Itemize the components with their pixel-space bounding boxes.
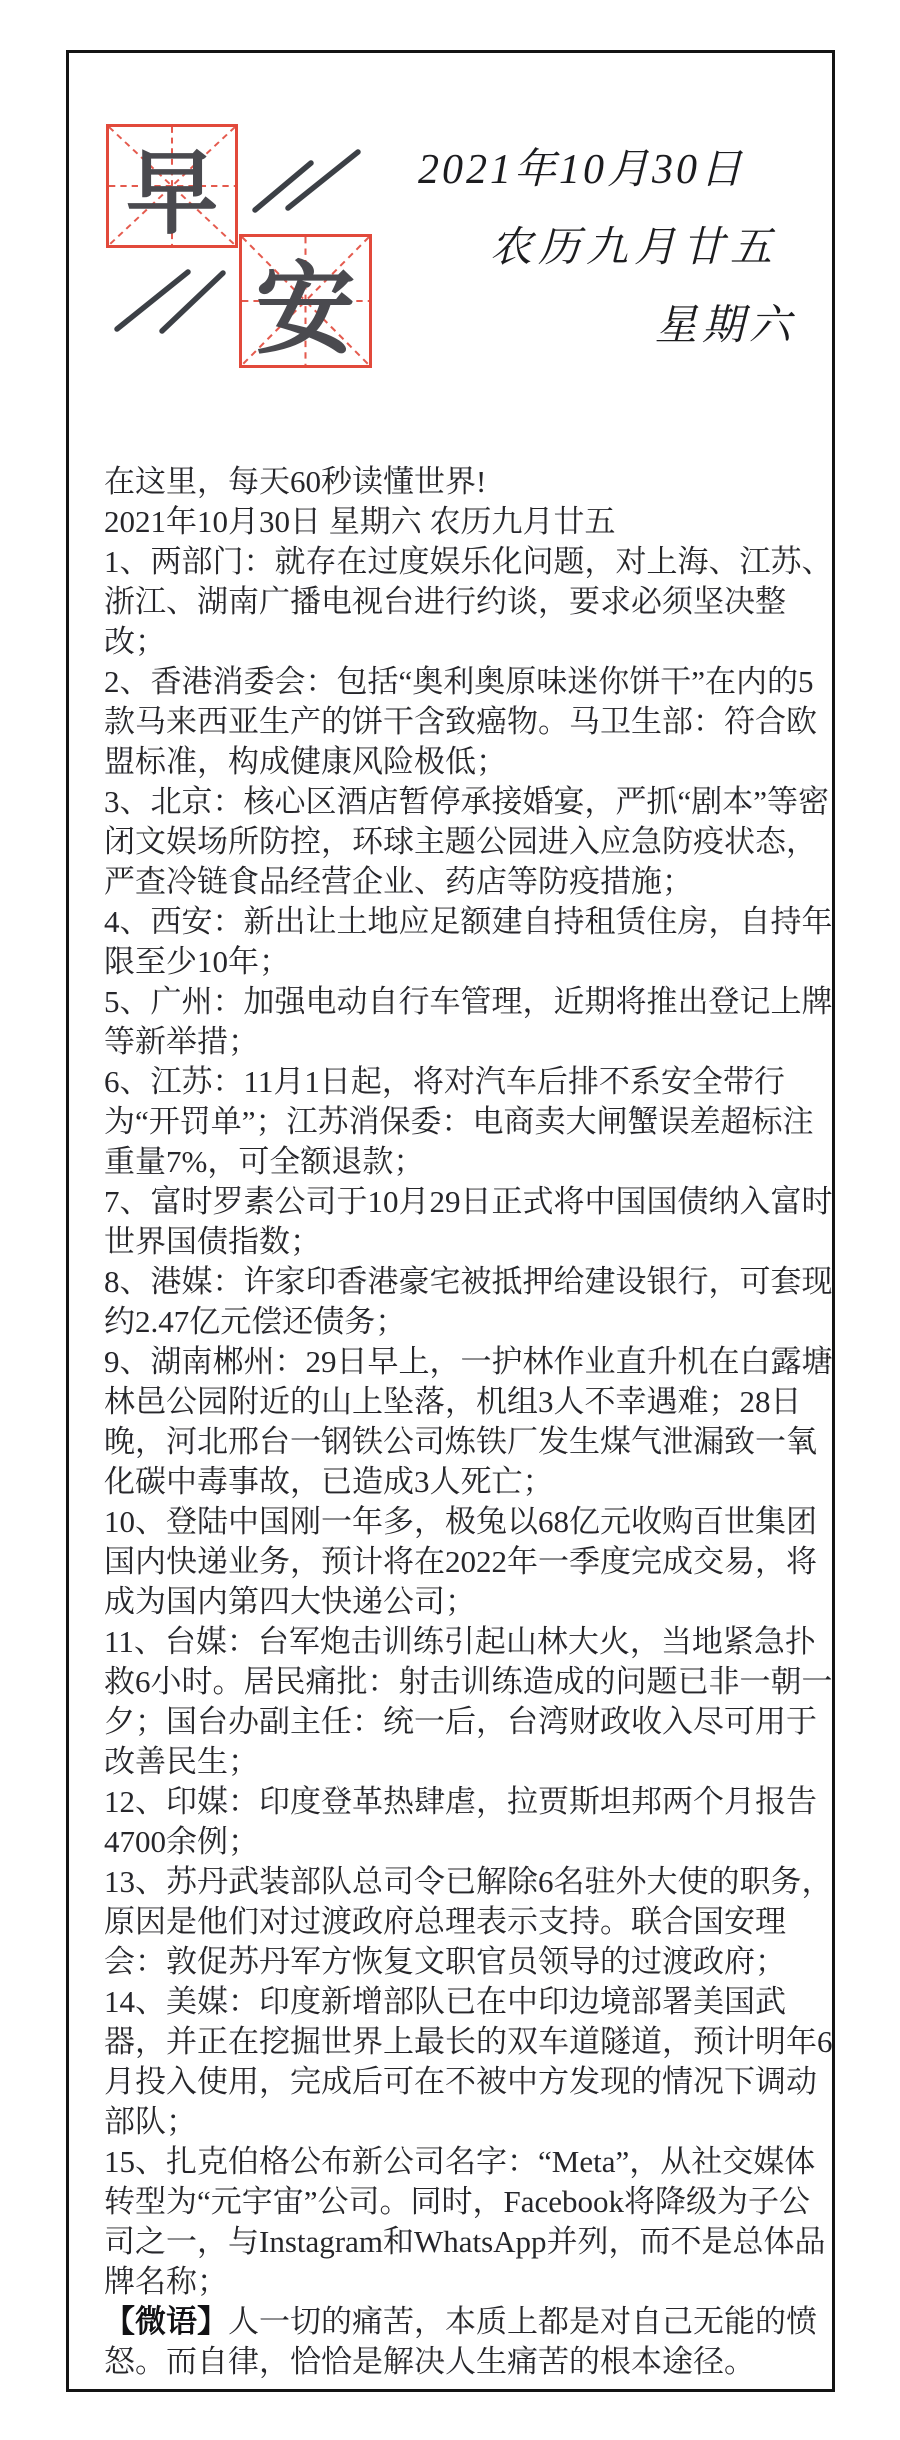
news-item: 9、湖南郴州：29日早上，一护林作业直升机在白露塘林邑公园附近的山上坠落，机组3… xyxy=(104,1342,838,1502)
news-item: 6、江苏：11月1日起，将对汽车后排不系安全带行为“开罚单”；江苏消保委：电商卖… xyxy=(104,1062,838,1182)
news-item: 10、登陆中国刚一年多，极兔以68亿元收购百世集团国内快递业务，预计将在2022… xyxy=(104,1502,838,1622)
news-item: 3、北京：核心区酒店暂停承接婚宴，严抓“剧本”等密闭文娱场所防控，环球主题公园进… xyxy=(104,782,838,902)
weiyu-paragraph: 【微语】人一切的痛苦，本质上都是对自己无能的愤怒。而自律，恰恰是解决人生痛苦的根… xyxy=(104,2302,838,2382)
slash-decoration-icon xyxy=(100,130,390,345)
news-item: 12、印媒：印度登革热肆虐，拉贾斯坦邦两个月报告4700余例； xyxy=(104,1782,838,1862)
news-item: 4、西安：新出让土地应足额建自持租赁住房，自持年限至少10年； xyxy=(104,902,838,982)
news-item: 2、香港消委会：包括“奥利奥原味迷你饼干”在内的5款马来西亚生产的饼干含致癌物。… xyxy=(104,662,838,782)
news-item: 7、富时罗素公司于10月29日正式将中国国债纳入富时世界国债指数； xyxy=(104,1182,838,1262)
header-date: 2021年10月30日 xyxy=(418,136,745,196)
header-weekday: 星期六 xyxy=(655,292,796,352)
weiyu-label: 【微语】 xyxy=(104,2304,228,2340)
intro-date-summary: 2021年10月30日 星期六 农历九月廿五 xyxy=(104,502,838,542)
news-item: 8、港媒：许家印香港豪宅被抵押给建设银行，可套现约2.47亿元偿还债务； xyxy=(104,1262,838,1342)
news-item: 5、广州：加强电动自行车管理，近期将推出登记上牌等新举措； xyxy=(104,982,838,1062)
intro-tagline: 在这里，每天60秒读懂世界! xyxy=(104,462,838,502)
news-list: 1、两部门：就存在过度娱乐化问题，对上海、江苏、浙江、湖南广播电视台进行约谈，要… xyxy=(104,542,838,2302)
news-body: 在这里，每天60秒读懂世界! 2021年10月30日 星期六 农历九月廿五 1、… xyxy=(104,462,838,2382)
header-lunar-date: 农历九月廿五 xyxy=(490,214,778,274)
news-item: 1、两部门：就存在过度娱乐化问题，对上海、江苏、浙江、湖南广播电视台进行约谈，要… xyxy=(104,542,838,662)
news-item: 14、美媒：印度新增部队已在中印边境部署美国武器，并正在挖掘世界上最长的双车道隧… xyxy=(104,1982,838,2142)
news-item: 13、苏丹武装部队总司令已解除6名驻外大使的职务，原因是他们对过渡政府总理表示支… xyxy=(104,1862,838,1982)
news-item: 15、扎克伯格公布新公司名字：“Meta”，从社交媒体转型为“元宇宙”公司。同时… xyxy=(104,2142,838,2302)
news-item: 11、台媒：台军炮击训练引起山林大火，当地紧急扑救6小时。居民痛批：射击训练造成… xyxy=(104,1622,838,1782)
morning-news-card: 早 安 2021年10月30日 农历九月廿五 星期六 在这里，每天60秒读懂世界… xyxy=(0,0,900,2440)
